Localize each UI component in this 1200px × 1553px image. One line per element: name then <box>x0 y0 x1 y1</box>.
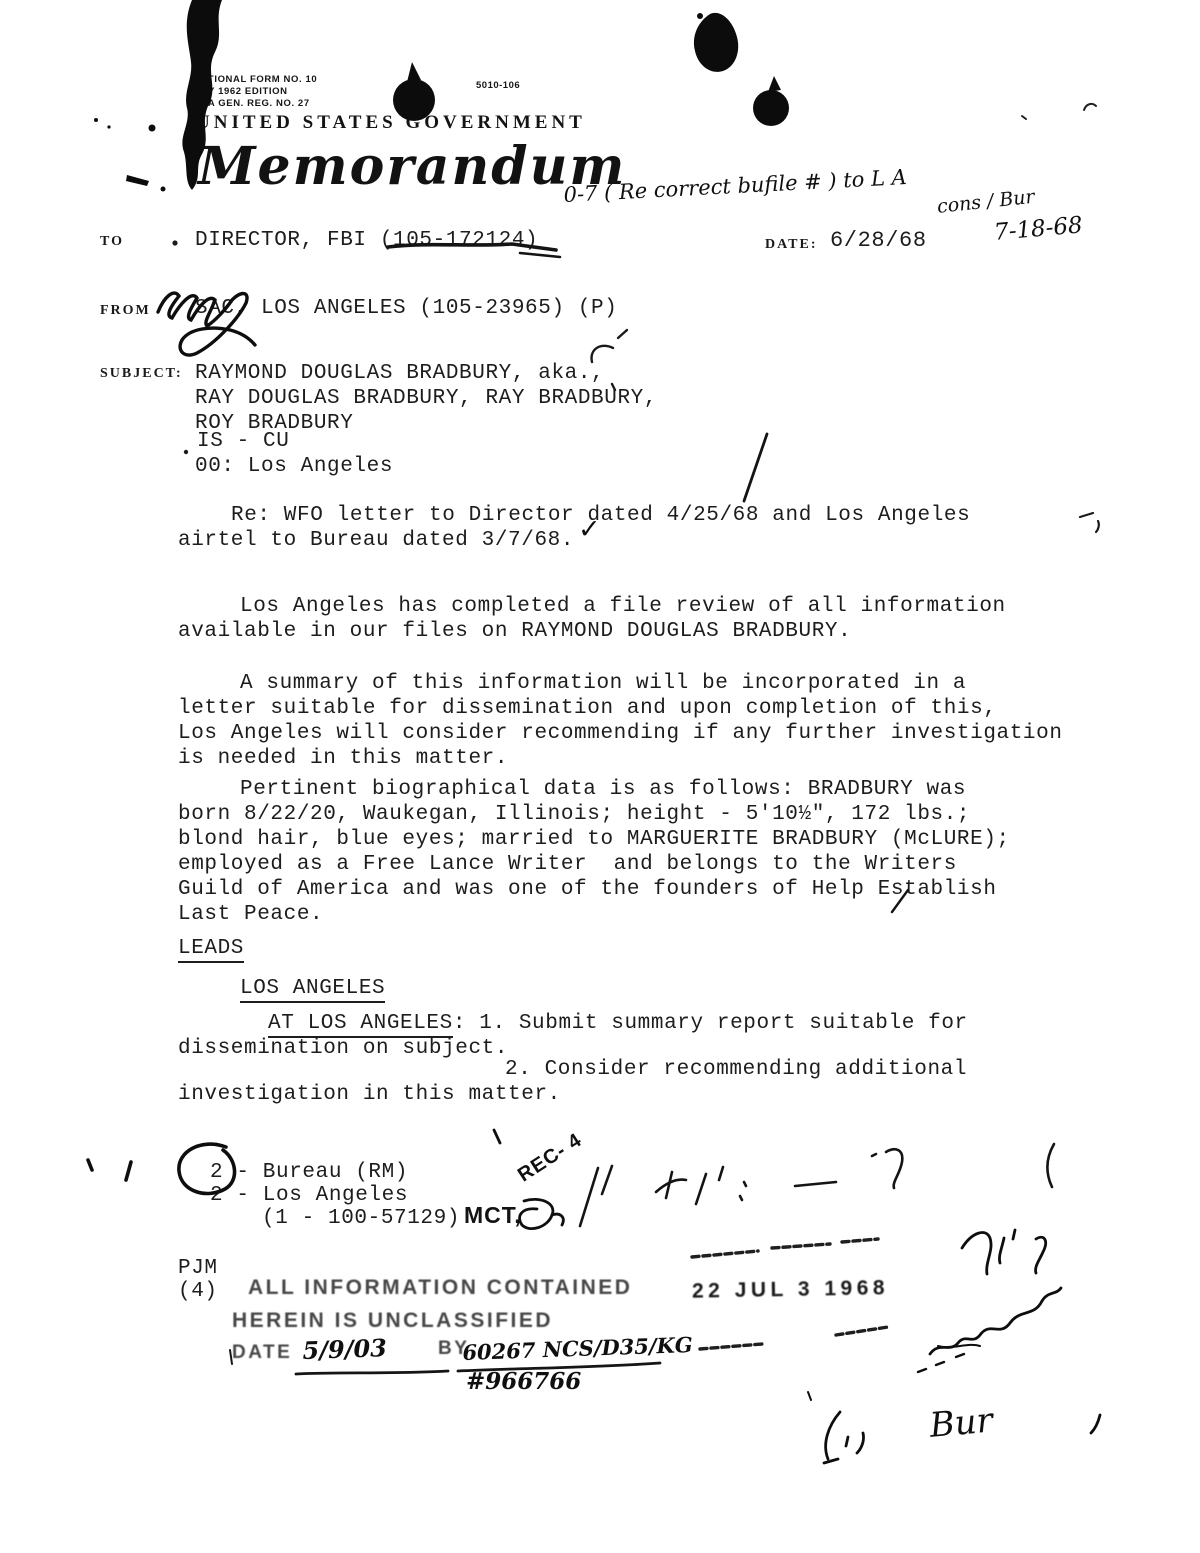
lead-1-text: : 1. Submit summary report suitable for <box>453 1012 968 1035</box>
copy-count: (4) <box>178 1280 218 1303</box>
classification-date-value: 5/9/03 <box>302 1333 387 1365</box>
body-line: Los Angeles will consider recommending i… <box>178 722 1063 745</box>
form-header-line3: GSA GEN. REG. NO. 27 <box>193 98 317 110</box>
body-line: A summary of this information will be in… <box>240 672 966 695</box>
handwritten-check: ✓ <box>578 514 601 545</box>
form-header-line1: OPTIONAL FORM NO. 10 <box>193 74 317 86</box>
cc-line: (1 - 100-57129) <box>262 1207 460 1230</box>
form-number: 5010-106 <box>476 80 520 91</box>
from-label: FROM <box>100 303 151 319</box>
mct-initials: MCT, <box>464 1202 522 1229</box>
body-line: Guild of America and was one of the foun… <box>178 878 997 901</box>
received-date-stamp: 22 JUL 3 1968 <box>692 1276 889 1303</box>
classification-stamp-line2: HEREIN IS UNCLASSIFIED <box>232 1309 553 1333</box>
leads-heading: LEADS <box>178 937 244 960</box>
from-value: SAC, LOS ANGELES (105-23965) (P) <box>195 297 617 320</box>
classification-date-label: DATE <box>232 1342 292 1364</box>
lead-line: dissemination on subject. <box>178 1037 508 1060</box>
pen-tick-marks-row <box>580 1144 1054 1226</box>
classification-stamp-line1: ALL INFORMATION CONTAINED <box>248 1276 632 1300</box>
memo-title: Memorandum <box>198 136 626 197</box>
lead-line: 2. Consider recommending additional <box>505 1058 967 1081</box>
handwritten-bottom-word: Bur <box>928 1400 994 1445</box>
agency-heading: UNITED STATES GOVERNMENT <box>196 112 586 134</box>
body-line: Last Peace. <box>178 903 323 926</box>
document-page: OPTIONAL FORM NO. 10 MAY 1962 EDITION GS… <box>0 0 1200 1553</box>
re-line: airtel to Bureau dated 3/7/68. <box>178 529 574 552</box>
to-separator-dot <box>172 240 188 454</box>
rec-stamp: REC- 4 <box>514 1129 587 1187</box>
body-line: available in our files on RAYMOND DOUGLA… <box>178 620 851 643</box>
diagonal-signature-scribble <box>808 1288 1061 1400</box>
leads-office: LOS ANGELES <box>240 977 385 1000</box>
re-line: Re: WFO letter to Director dated 4/25/68… <box>231 504 970 527</box>
ink-blob-right <box>753 76 789 126</box>
to-value-prefix: DIRECTOR, FBI ( <box>195 229 393 252</box>
lead-line: investigation in this matter. <box>178 1083 561 1106</box>
date-value: 6/28/68 <box>830 228 927 253</box>
ink-blob-top-mid <box>694 13 738 72</box>
cc-line: 2 - Bureau (RM) <box>210 1161 408 1184</box>
speck-marks-top-right <box>1022 104 1096 119</box>
pen-slash-mark <box>744 434 767 501</box>
subject-line: IS - CU <box>197 430 289 453</box>
body-line: blond hair, blue eyes; married to MARGUE… <box>178 828 1010 851</box>
body-line: letter suitable for dissemination and up… <box>178 697 997 720</box>
body-line: is needed in this matter. <box>178 747 508 770</box>
subject-label: SUBJECT: <box>100 366 183 382</box>
form-header-line2: MAY 1962 EDITION <box>193 86 317 98</box>
handwritten-note-date: 7-18-68 <box>993 212 1084 246</box>
pen-marks-right-margin <box>1080 513 1099 532</box>
lead-at-office: AT LOS ANGELES <box>268 1012 453 1038</box>
body-line: Los Angeles has completed a file review … <box>240 595 1006 618</box>
lead-line: AT LOS ANGELES: 1. Submit summary report… <box>268 1012 968 1035</box>
handwritten-marks-right-of-stamp <box>962 1230 1046 1274</box>
form-header-block: OPTIONAL FORM NO. 10 MAY 1962 EDITION GS… <box>193 74 317 110</box>
typist-initials: PJM <box>178 1257 218 1280</box>
body-line: born 8/22/20, Waukegan, Illinois; height… <box>178 803 970 826</box>
subject-line: RAYMOND DOUGLAS BRADBURY, aka., <box>195 362 604 385</box>
cc-line: 2 - Los Angeles <box>210 1184 408 1207</box>
subject-line: RAY DOUGLAS BRADBURY, RAY BRADBURY, <box>195 387 657 410</box>
handwritten-routing-note: cons / Bur <box>936 186 1036 218</box>
classification-case-number: #966766 <box>466 1368 581 1395</box>
to-label: TO <box>100 234 124 250</box>
to-value: DIRECTOR, FBI (105-172124) <box>195 229 538 252</box>
subject-line: 00: Los Angeles <box>195 455 393 478</box>
classification-by-value: 60267 NCS/D35/KG <box>462 1332 693 1365</box>
body-line: employed as a Free Lance Writer and belo… <box>178 853 957 876</box>
body-line: Pertinent biographical data is as follow… <box>240 778 966 801</box>
date-label: DATE: <box>765 237 818 253</box>
to-file-number: 105-172124) <box>393 229 538 252</box>
